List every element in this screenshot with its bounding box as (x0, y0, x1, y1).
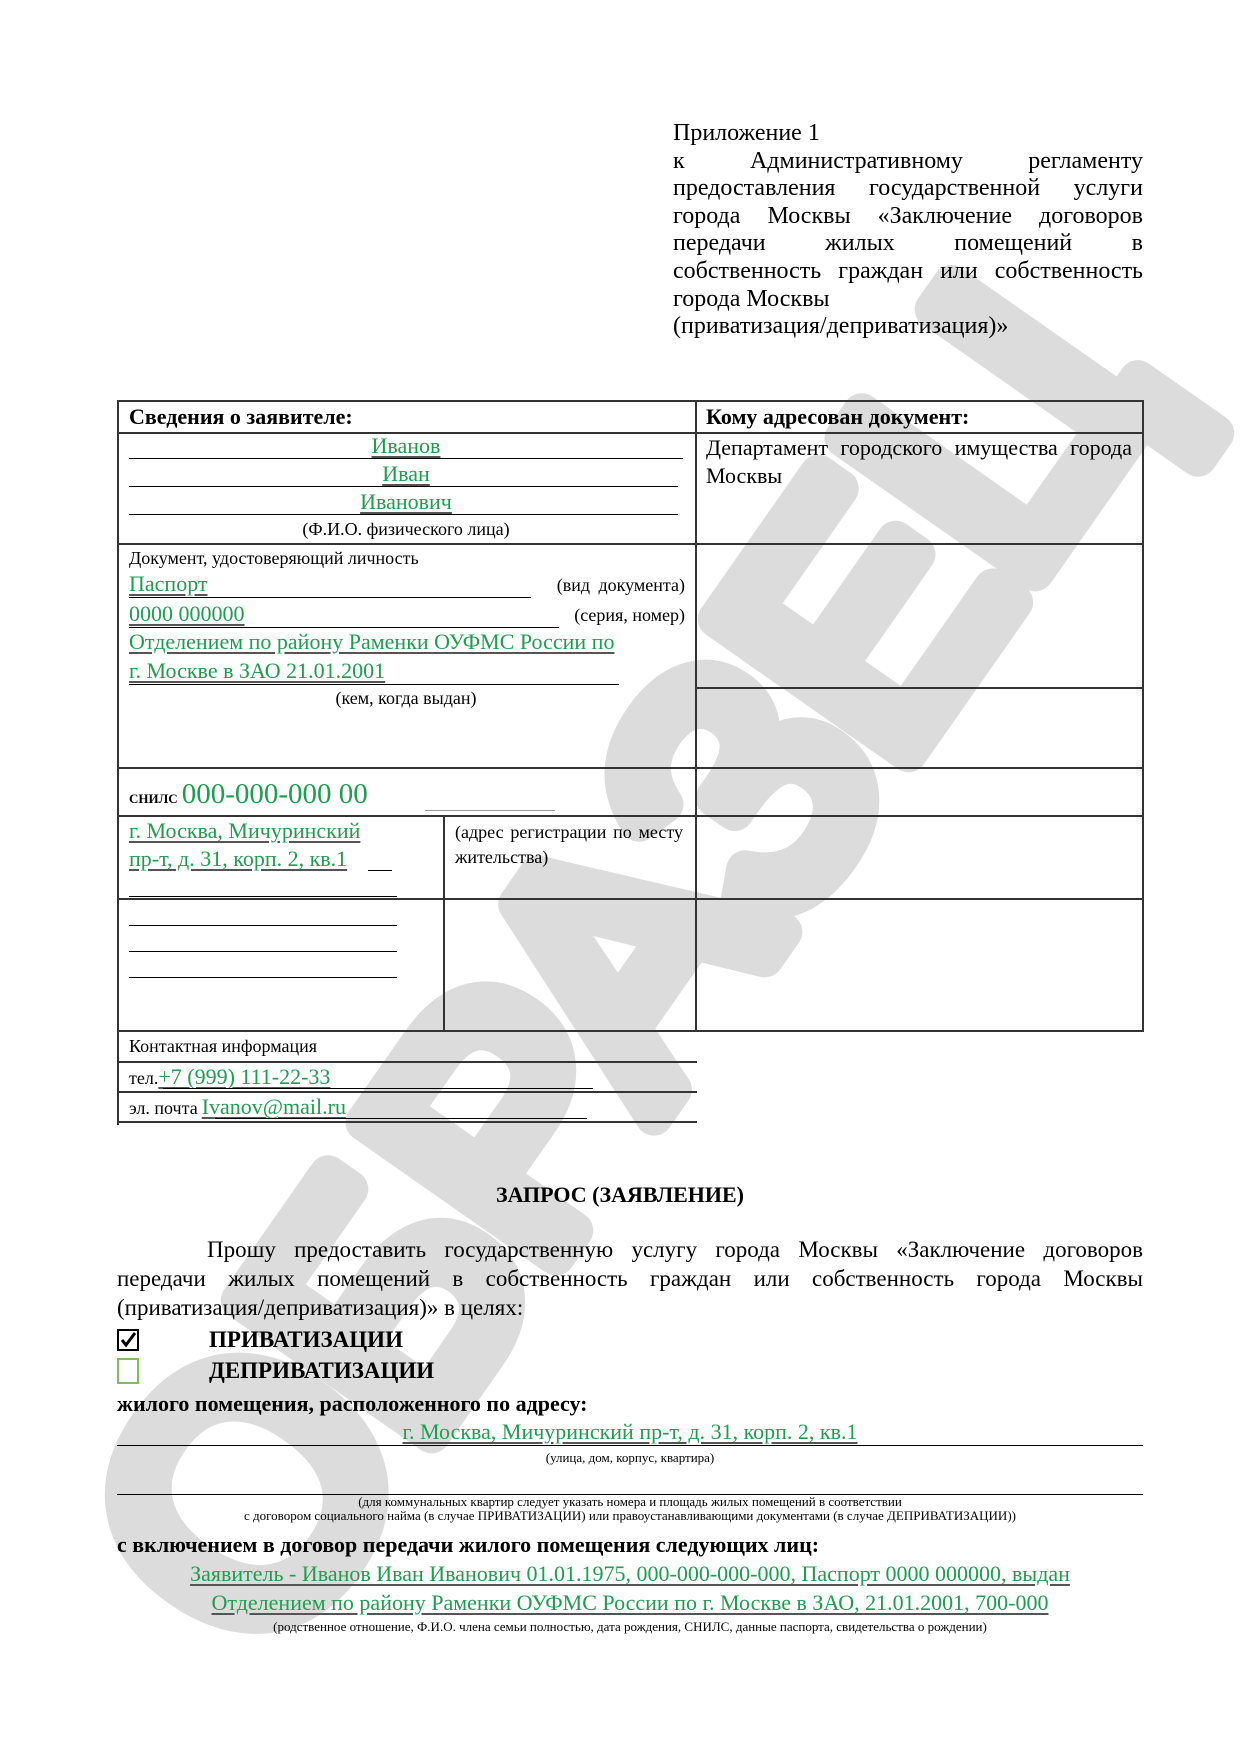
snils-line (425, 810, 555, 811)
property-caption: (улица, дом, корпус, квартира) (117, 1450, 1143, 1466)
persons-caption: (родственное отношение, Ф.И.О. члена сем… (117, 1619, 1143, 1635)
option-privatization[interactable]: ПРИВАТИЗАЦИИ (117, 1327, 403, 1353)
communal-caption-line2: с договором социального найма (в случае … (117, 1509, 1143, 1523)
applicant-section-header: Сведения о заявителе: (129, 404, 353, 430)
persons-label: с включением в договор передачи жилого п… (117, 1532, 819, 1558)
appendix-line: предоставления государственной услуги (673, 175, 1143, 203)
addressee-name: Департамент городского имущества города … (706, 434, 1132, 490)
address-field-line2[interactable]: пр-т, д. 31, корп. 2, кв.1 (129, 846, 347, 872)
blank-line (129, 925, 397, 926)
email-field[interactable]: Ivanov@mail.ru (202, 1094, 346, 1119)
issued-by-field-line1[interactable]: Отделением по району Раменки ОУФМС Росси… (129, 629, 614, 655)
address-caption: (адрес регистрации по месту жительства) (455, 820, 683, 870)
table-rule (117, 815, 1144, 817)
appendix-header: Приложение 1 к Административному регламе… (673, 120, 1143, 341)
last-name-field[interactable]: Иванов (129, 433, 683, 459)
phone-label: тел. (129, 1068, 158, 1088)
appendix-line: к Административному регламенту (673, 148, 1143, 176)
doc-type-line (129, 597, 531, 598)
email-line (215, 1118, 587, 1119)
address-field-line1[interactable]: г. Москва, Мичуринский (129, 818, 360, 844)
property-address-line (117, 1445, 1143, 1446)
request-paragraph: Прошу предоставить государственную услуг… (117, 1236, 1143, 1322)
table-rule (117, 400, 1144, 402)
table-rule (117, 898, 1144, 900)
table-rule (117, 1091, 697, 1093)
table-rule (117, 1121, 697, 1123)
appendix-line: города Москвы (673, 286, 1143, 314)
checkbox-checked-icon[interactable] (117, 1329, 139, 1351)
property-label: жилого помещения, расположенного по адре… (117, 1391, 588, 1417)
blank-line (129, 951, 397, 952)
contact-label: Контактная информация (129, 1036, 317, 1057)
checkbox-unchecked-icon[interactable] (117, 1358, 139, 1384)
first-name-field[interactable]: Иван (129, 461, 683, 487)
snils-field[interactable]: 000-000-000 00 (182, 778, 368, 810)
appendix-line: города Москвы «Заключение договоров (673, 203, 1143, 231)
doc-number-caption: (серия, номер) (560, 605, 685, 626)
persons-field-line1[interactable]: Заявитель - Иванов Иван Иванович 01.01.1… (117, 1561, 1143, 1587)
table-rule (117, 1061, 697, 1063)
table-rule (117, 1030, 1144, 1032)
table-border-right (1142, 400, 1144, 1032)
option-label: ПРИВАТИЗАЦИИ (209, 1327, 403, 1353)
table-column-divider (695, 400, 697, 1032)
appendix-line: передачи жилых помещений в (673, 230, 1143, 258)
addressee-section-header: Кому адресован документ: (706, 404, 969, 430)
table-rule (695, 687, 1144, 689)
appendix-title: Приложение 1 (673, 120, 1143, 148)
doc-number-field[interactable]: 0000 000000 (129, 601, 245, 627)
address-line (129, 896, 397, 897)
doc-type-caption: (вид документа) (537, 575, 685, 596)
table-rule (117, 543, 1144, 545)
appendix-line: (приватизация/деприватизация)» (673, 313, 1143, 341)
persons-field-line2[interactable]: Отделением по району Раменки ОУФМС Росси… (117, 1590, 1143, 1616)
communal-caption: (для коммунальных квартир следует указат… (117, 1495, 1143, 1523)
table-border-left (117, 400, 119, 1125)
snils-row: СНИЛС 000-000-000 00 (129, 778, 368, 811)
address-line-tail (368, 870, 392, 871)
phone-row: тел.+7 (999) 111-22-33 (129, 1064, 330, 1090)
doc-number-line (129, 627, 559, 628)
request-text: Прошу предоставить государственную услуг… (117, 1237, 1143, 1320)
communal-caption-line1: (для коммунальных квартир следует указат… (117, 1495, 1143, 1509)
doc-type-field[interactable]: Паспорт (129, 571, 208, 597)
patronymic-field[interactable]: Иванович (129, 489, 683, 515)
appendix-line: собственность граждан или собственность (673, 258, 1143, 286)
option-deprivatization[interactable]: ДЕПРИВАТИЗАЦИИ (117, 1358, 434, 1384)
email-label: эл. почта (129, 1098, 198, 1118)
request-title: ЗАПРОС (ЗАЯВЛЕНИЕ) (0, 1182, 1240, 1208)
id-doc-label: Документ, удостоверяющий личность (129, 548, 419, 569)
snils-label: СНИЛС (129, 787, 178, 807)
fio-caption: (Ф.И.О. физического лица) (129, 519, 683, 540)
option-label: ДЕПРИВАТИЗАЦИИ (209, 1358, 434, 1384)
issued-by-line (129, 684, 619, 685)
issued-by-field-line2[interactable]: г. Москве в ЗАО 21.01.2001 (129, 658, 385, 684)
email-row: эл. почта Ivanov@mail.ru (129, 1094, 346, 1120)
blank-line (129, 977, 397, 978)
phone-field[interactable]: +7 (999) 111-22-33 (158, 1064, 330, 1089)
phone-line (163, 1088, 593, 1089)
issued-caption: (кем, когда выдан) (129, 688, 683, 709)
property-address-field[interactable]: г. Москва, Мичуринский пр-т, д. 31, корп… (117, 1419, 1143, 1445)
table-inner-divider (443, 815, 445, 1032)
table-rule (117, 767, 1144, 769)
